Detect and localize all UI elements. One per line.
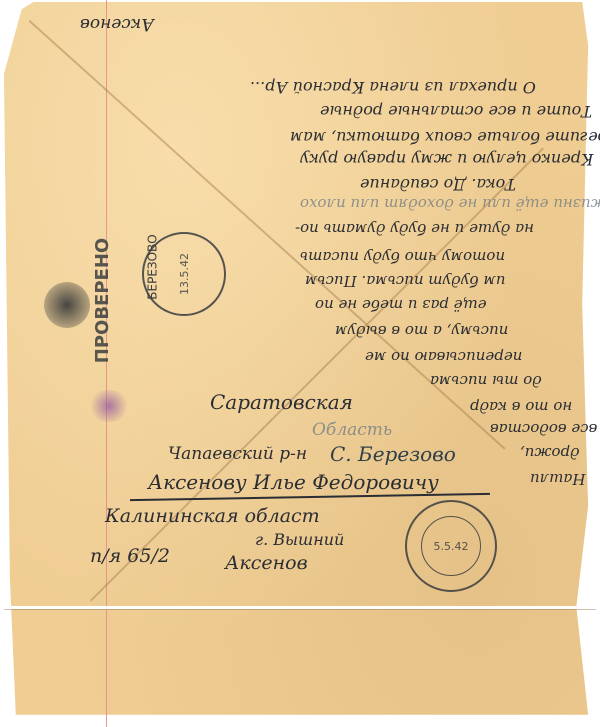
letter-line: им будут письма. Письм	[305, 272, 505, 290]
letter-line: О приехал из плена Красной Ар...	[250, 78, 536, 97]
letter-line: Тоите и все остальные родные	[320, 102, 592, 121]
letter-line: письму, а то в выдум	[335, 322, 508, 340]
krasny-kholm-postmark: 5.5.42	[405, 500, 497, 592]
letter-line: потому что буду писать	[300, 248, 505, 266]
letter-line: ещё раз и тебе не по	[315, 296, 487, 314]
sender-field-post: п/я 65/2	[90, 545, 170, 567]
address-recipient: Аксенову Илье Федоровичу	[148, 470, 439, 494]
address-region: Саратовская	[210, 390, 353, 414]
sender-city: г. Вышний	[255, 530, 344, 549]
letter-line: переписываю по ме	[365, 348, 522, 366]
address-district: Чапаевский р-н	[168, 444, 307, 464]
sender-name: Аксенов	[225, 552, 308, 574]
fold-crease-horizontal	[4, 606, 596, 609]
postmark-date: 13.5.42	[178, 253, 191, 295]
sender-region: Калининская област	[105, 505, 320, 527]
censor-stamp: ПРОВЕРЕНО	[92, 238, 113, 363]
letter-line: дрожи,	[520, 444, 580, 462]
letter-line: но то в кадр	[470, 398, 572, 416]
letter-line: Берегите больше своих батюшки, мам	[290, 128, 600, 147]
letter-line: на душе и не буду думать по-	[295, 220, 534, 238]
purple-ink-smudge	[88, 390, 130, 422]
address-village: С. Березово	[330, 442, 456, 466]
letter-line: до ты письма	[430, 372, 542, 390]
signature: Аксенов	[80, 14, 154, 34]
letter-line: все водостав	[490, 420, 597, 438]
address-region-word: Область	[312, 420, 392, 440]
letter-line: жизни ещё или не доходят или плохо	[300, 195, 600, 213]
margin-line	[106, 0, 107, 727]
postmark-inner-ring	[421, 516, 481, 576]
letter-line: Крепко целую и жму правую руку	[300, 150, 593, 169]
letter-line: Нашли	[530, 470, 585, 488]
berezovo-postmark-label: БЕРЕЗОВО	[146, 234, 160, 299]
letter-line: Тока. До свидание	[360, 175, 516, 194]
ink-blot-postmark	[44, 282, 90, 328]
